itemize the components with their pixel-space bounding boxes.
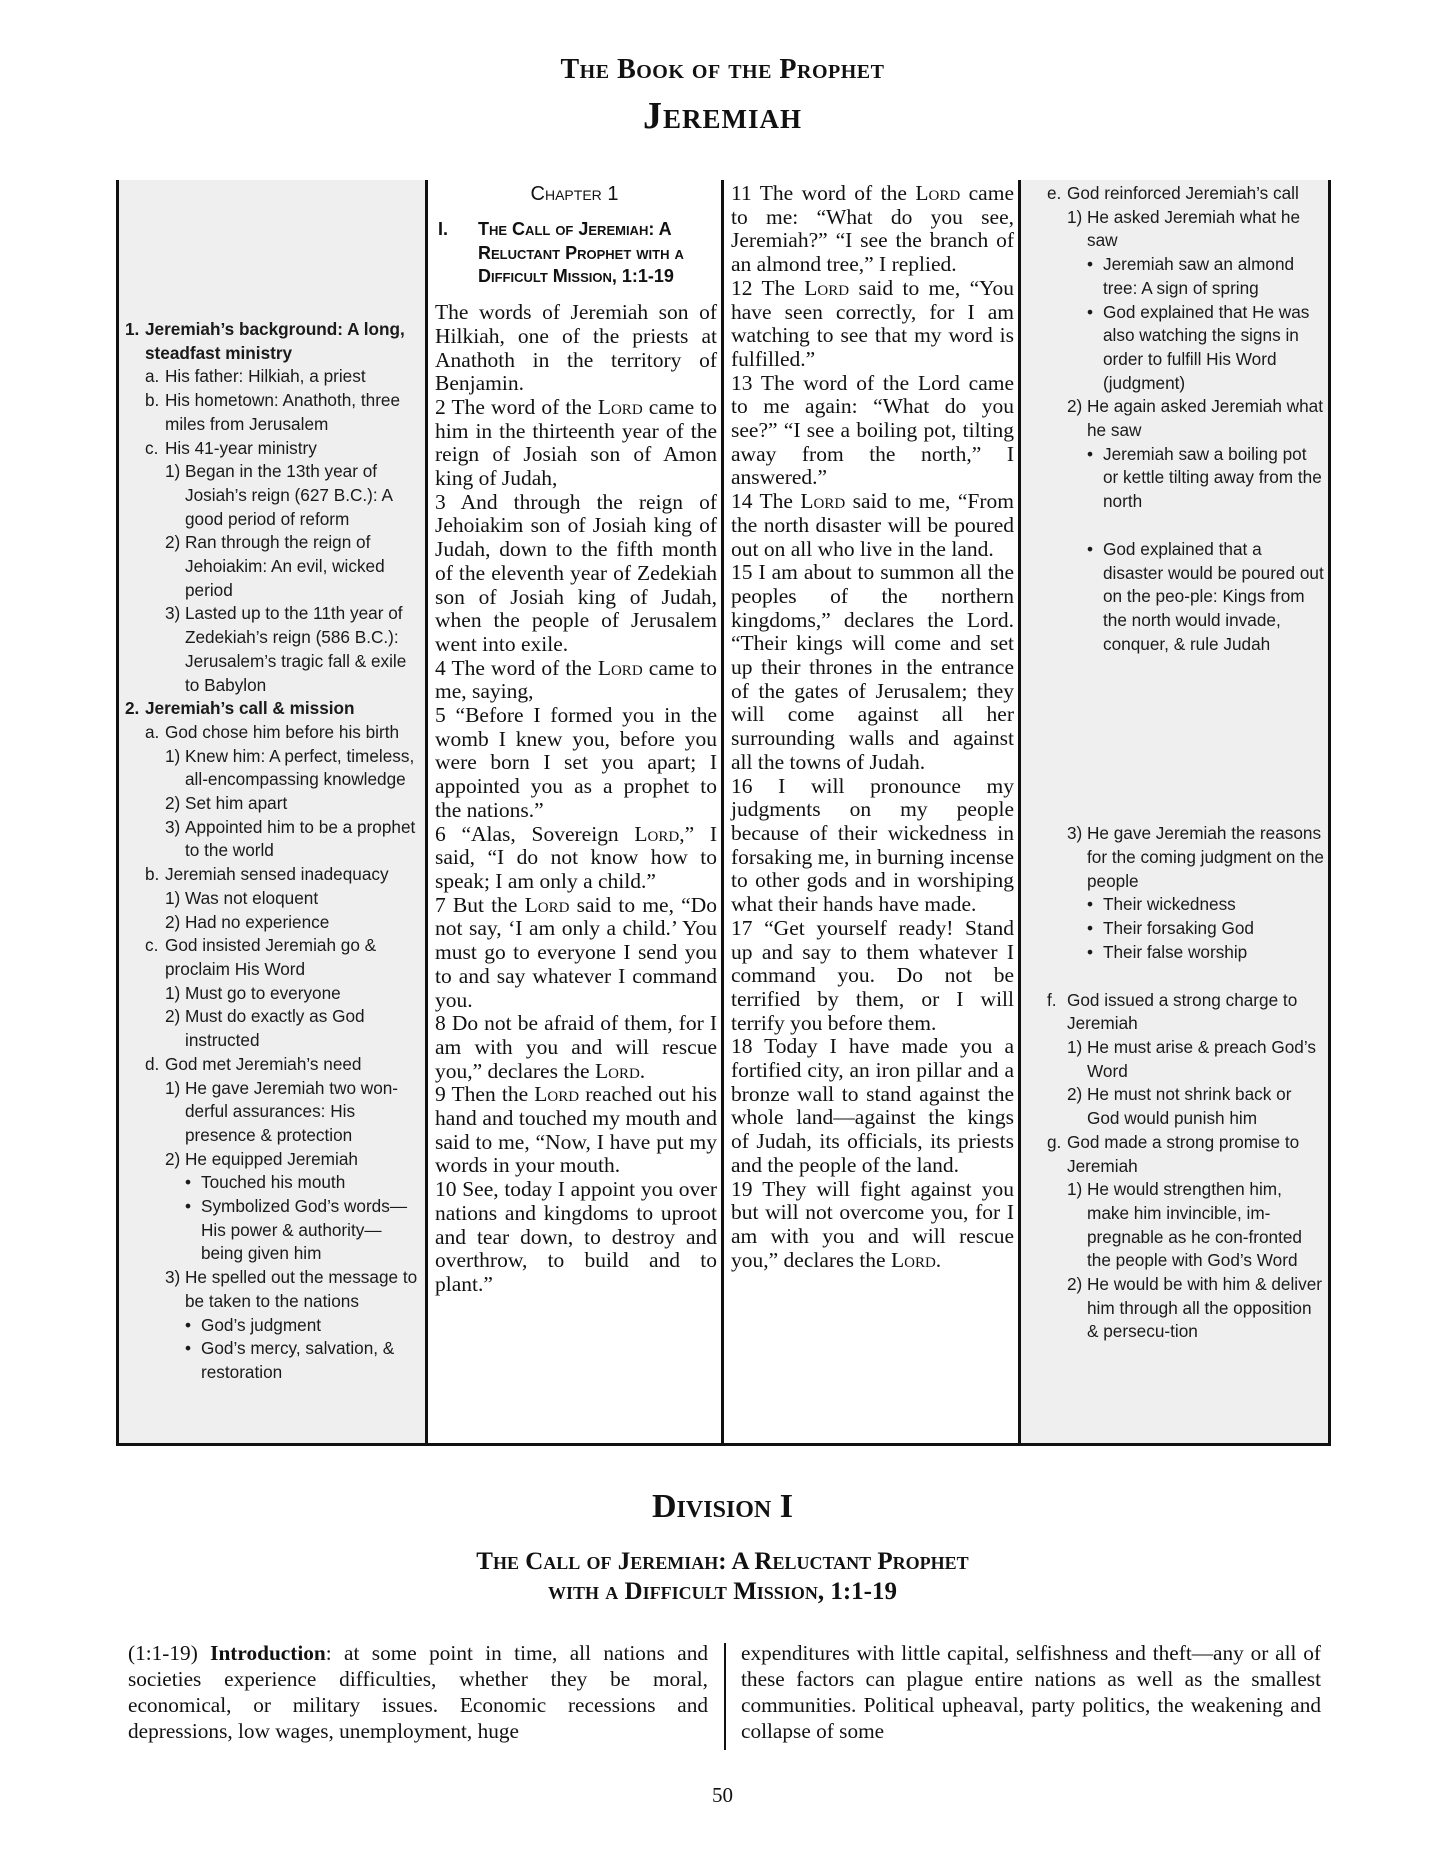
outline-marker: d. xyxy=(145,1053,159,1077)
outline-text: God reinforced Jeremiah’s call xyxy=(1067,183,1299,203)
bullet-icon: • xyxy=(1087,893,1093,917)
introduction-left: (1:1-19) Introduction: at some point in … xyxy=(128,1640,708,1744)
outline-marker: 1) xyxy=(165,1077,180,1101)
outline-text: He gave Jeremiah the reasons for the com… xyxy=(1087,823,1324,890)
outline-text: God issued a strong charge to Jeremiah xyxy=(1067,990,1297,1034)
outline-item: g.God made a strong promise to Jeremiah xyxy=(1021,1131,1328,1178)
outline-text: Began in the 13th year of Josiah’s reign… xyxy=(185,461,392,528)
outline-marker: 2) xyxy=(1067,1273,1082,1297)
outline-marker: 1) xyxy=(165,745,180,769)
introduction-label: Introduction xyxy=(210,1641,326,1665)
outline-item: d.God met Jeremiah’s need xyxy=(119,1053,425,1077)
outline-text: He gave Jeremiah two won-derful assuranc… xyxy=(185,1078,398,1145)
scripture-column-2: 11 The word of the Lord came to me: “Wha… xyxy=(724,180,1021,1443)
outline-marker: 2) xyxy=(165,1005,180,1029)
outline-text: Their wickedness xyxy=(1103,894,1236,914)
outline-text: Jeremiah’s background: A long, steadfast… xyxy=(145,319,405,363)
outline-marker: 2) xyxy=(165,1148,180,1172)
left-outline-list: 1.Jeremiah’s background: A long, steadfa… xyxy=(119,318,425,1385)
outline-item: 3)He spelled out the message to be taken… xyxy=(119,1266,425,1313)
outline-item: 2)Set him apart xyxy=(119,792,425,816)
bullet-icon: • xyxy=(1087,917,1093,941)
outline-marker: c. xyxy=(145,934,158,958)
outline-item: 2)He equipped Jeremiah xyxy=(119,1148,425,1172)
right-outline-list: e.God reinforced Jeremiah’s call1)He ask… xyxy=(1021,182,1328,1344)
outline-item: a.God chose him before his birth xyxy=(119,721,425,745)
outline-item: 3)Lasted up to the 11th year of Zedekiah… xyxy=(119,602,425,697)
outline-item: b.Jeremiah sensed inadequacy xyxy=(119,863,425,887)
outline-text: Was not eloquent xyxy=(185,888,318,908)
outline-item: •Their false worship xyxy=(1021,941,1328,965)
book-title: The Book of the Prophet xyxy=(0,54,1445,86)
outline-item: 1)He gave Jeremiah two won-derful assura… xyxy=(119,1077,425,1148)
outline-item: a.His father: Hilkiah, a priest xyxy=(119,365,425,389)
outline-text: He would be with him & deliver him throu… xyxy=(1087,1274,1322,1341)
outline-marker: 2) xyxy=(165,792,180,816)
outline-item: c.His 41-year ministry xyxy=(119,437,425,461)
outline-item: •Their forsaking God xyxy=(1021,917,1328,941)
outline-text: Symbolized God’s words—His power & autho… xyxy=(201,1196,407,1263)
outline-item: 2)Ran through the reign of Jehoiakim: An… xyxy=(119,531,425,602)
outline-item: •God’s mercy, salvation, & restoration xyxy=(119,1337,425,1384)
outline-marker: e. xyxy=(1047,182,1061,206)
outline-marker: 2) xyxy=(165,911,180,935)
outline-item: 2)He again asked Jeremiah what he saw xyxy=(1021,395,1328,442)
scripture-verse: 13 The word of the Lord came to me again… xyxy=(731,372,1014,491)
outline-text: Must go to everyone xyxy=(185,983,341,1003)
outline-item: 3)He gave Jeremiah the reasons for the c… xyxy=(1021,822,1328,893)
scripture-verse: 11 The word of the Lord came to me: “Wha… xyxy=(731,182,1014,277)
outline-text: His 41-year ministry xyxy=(165,438,317,458)
outline-item: •Jeremiah saw a boiling pot or kettle ti… xyxy=(1021,443,1328,514)
commentary-table: 1.Jeremiah’s background: A long, steadfa… xyxy=(116,180,1331,1446)
outline-marker: 1) xyxy=(1067,1036,1082,1060)
scripture-verse: 14 The Lord said to me, “From the north … xyxy=(731,490,1014,561)
outline-item: e.God reinforced Jeremiah’s call xyxy=(1021,182,1328,206)
outline-text: Jeremiah saw a boiling pot or kettle til… xyxy=(1103,444,1322,511)
outline-text: Had no experience xyxy=(185,912,329,932)
outline-text: He asked Jeremiah what he saw xyxy=(1087,207,1300,251)
outline-text: Set him apart xyxy=(185,793,287,813)
outline-item: 1)Began in the 13th year of Josiah’s rei… xyxy=(119,460,425,531)
outline-text: He spelled out the message to be taken t… xyxy=(185,1267,417,1311)
outline-marker: 1) xyxy=(165,460,180,484)
left-outline-column: 1.Jeremiah’s background: A long, steadfa… xyxy=(119,180,428,1443)
outline-text: God’s judgment xyxy=(201,1315,321,1335)
outline-marker: 3) xyxy=(165,1266,180,1290)
division-subtitle: The Call of Jeremiah: A Reluctant Prophe… xyxy=(0,1547,1445,1607)
scripture-verse: 17 “Get yourself ready! Stand up and say… xyxy=(731,917,1014,1036)
outline-marker: 1) xyxy=(1067,206,1082,230)
outline-text: God insisted Jeremiah go & proclaim His … xyxy=(165,935,376,979)
bullet-icon: • xyxy=(1087,538,1093,562)
outline-text: Appointed him to be a prophet to the wor… xyxy=(185,817,415,861)
right-outline-column: e.God reinforced Jeremiah’s call1)He ask… xyxy=(1021,180,1328,1443)
outline-text: God chose him before his birth xyxy=(165,722,399,742)
outline-text: Knew him: A perfect, timeless, all-encom… xyxy=(185,746,414,790)
outline-item: •God’s judgment xyxy=(119,1314,425,1338)
scripture-verse: 15 I am about to summon all the peoples … xyxy=(731,561,1014,774)
scripture-verse: 4 The word of the Lord came to me, sayin… xyxy=(435,657,717,704)
outline-item: 2.Jeremiah’s call & mission xyxy=(119,697,425,721)
outline-text: His father: Hilkiah, a priest xyxy=(165,366,366,386)
outline-marker: c. xyxy=(145,437,158,461)
page-number: 50 xyxy=(0,1783,1445,1808)
outline-marker: g. xyxy=(1047,1131,1061,1155)
bullet-icon: • xyxy=(185,1337,191,1361)
scripture-verse: 12 The Lord said to me, “You have seen c… xyxy=(731,277,1014,372)
bullet-icon: • xyxy=(1087,443,1093,467)
outline-item: 1.Jeremiah’s background: A long, steadfa… xyxy=(119,318,425,365)
outline-text: He again asked Jeremiah what he saw xyxy=(1087,396,1323,440)
outline-text: Their false worship xyxy=(1103,942,1247,962)
scripture-verse: The words of Jeremiah son of Hilkiah, on… xyxy=(435,301,717,396)
outline-item: •Their wickedness xyxy=(1021,893,1328,917)
division-subtitle-line-2: with a Difficult Mission, 1:1-19 xyxy=(0,1577,1445,1607)
outline-text: God’s mercy, salvation, & restoration xyxy=(201,1338,394,1382)
outline-item: •God explained that He was also watching… xyxy=(1021,301,1328,396)
outline-text: God made a strong promise to Jeremiah xyxy=(1067,1132,1299,1176)
outline-text: He would strengthen him, make him invinc… xyxy=(1087,1179,1302,1270)
outline-item: 2)Must do exactly as God instructed xyxy=(119,1005,425,1052)
scripture-column-1: Chapter 1 I. The Call of Jeremiah: A Rel… xyxy=(428,180,724,1443)
outline-item: 2)He would be with him & deliver him thr… xyxy=(1021,1273,1328,1344)
scripture-verse: 5 “Before I formed you in the womb I kne… xyxy=(435,704,717,823)
outline-text: God explained that He was also watching … xyxy=(1103,302,1309,393)
outline-marker: 3) xyxy=(165,816,180,840)
scripture-verse: 2 The word of the Lord came to him in th… xyxy=(435,396,717,491)
outline-text: He must not shrink back or God would pun… xyxy=(1087,1084,1291,1128)
column-divider xyxy=(724,1643,726,1750)
scripture-verse: 18 Today I have made you a fortified cit… xyxy=(731,1035,1014,1177)
outline-text: God met Jeremiah’s need xyxy=(165,1054,362,1074)
outline-item: f.God issued a strong charge to Jeremiah xyxy=(1021,989,1328,1036)
outline-item: 1)He would strengthen him, make him invi… xyxy=(1021,1178,1328,1273)
introduction-right: expenditures with little capital, selfis… xyxy=(741,1640,1321,1744)
scripture-verse: 10 See, today I appoint you over nations… xyxy=(435,1178,717,1297)
bullet-icon: • xyxy=(185,1195,191,1219)
outline-marker: 3) xyxy=(165,602,180,626)
outline-item: 1)Must go to everyone xyxy=(119,982,425,1006)
outline-item: 1)Knew him: A perfect, timeless, all-enc… xyxy=(119,745,425,792)
outline-text: Jeremiah sensed inadequacy xyxy=(165,864,389,884)
outline-item: 1)Was not eloquent xyxy=(119,887,425,911)
outline-item: 1)He asked Jeremiah what he saw xyxy=(1021,206,1328,253)
outline-text: He must arise & preach God’s Word xyxy=(1087,1037,1316,1081)
outline-marker: a. xyxy=(145,365,159,389)
outline-marker: a. xyxy=(145,721,159,745)
outline-text: His hometown: Anathoth, three miles from… xyxy=(165,390,400,434)
introduction-ref: (1:1-19) xyxy=(128,1641,198,1665)
outline-text: Lasted up to the 11th year of Zedekiah’s… xyxy=(185,603,406,694)
bullet-icon: • xyxy=(1087,301,1093,325)
section-number: I. xyxy=(438,218,448,242)
book-name: Jeremiah xyxy=(0,94,1445,138)
outline-item: •Touched his mouth xyxy=(119,1171,425,1195)
outline-marker: 2) xyxy=(1067,395,1082,419)
section-title: The Call of Jeremiah: A Reluctant Prophe… xyxy=(478,218,721,289)
division-title: Division I xyxy=(0,1488,1445,1526)
outline-item: •Symbolized God’s words—His power & auth… xyxy=(119,1195,425,1266)
outline-text: Ran through the reign of Jehoiakim: An e… xyxy=(185,532,385,599)
outline-item: 3)Appointed him to be a prophet to the w… xyxy=(119,816,425,863)
scripture-verse: 19 They will fight against you but will … xyxy=(731,1178,1014,1273)
outline-text: Their forsaking God xyxy=(1103,918,1254,938)
outline-marker: 1) xyxy=(1067,1178,1082,1202)
outline-marker: 1. xyxy=(125,318,139,342)
bullet-icon: • xyxy=(1087,941,1093,965)
scripture-verse: 6 “Alas, Sovereign Lord,” I said, “I do … xyxy=(435,823,717,894)
scripture-verse: 7 But the Lord said to me, “Do not say, … xyxy=(435,894,717,1013)
outline-item: 2)Had no experience xyxy=(119,911,425,935)
division-subtitle-line-1: The Call of Jeremiah: A Reluctant Prophe… xyxy=(0,1547,1445,1577)
scripture-text-1: The words of Jeremiah son of Hilkiah, on… xyxy=(428,301,721,1297)
outline-text: Jeremiah’s call & mission xyxy=(145,698,355,718)
scripture-text-2: 11 The word of the Lord came to me: “Wha… xyxy=(724,182,1018,1272)
introduction-right-text: expenditures with little capital, selfis… xyxy=(741,1641,1321,1743)
outline-item: 2)He must not shrink back or God would p… xyxy=(1021,1083,1328,1130)
scripture-verse: 16 I will pronounce my judgments on my p… xyxy=(731,775,1014,917)
bullet-icon: • xyxy=(185,1314,191,1338)
outline-text: Must do exactly as God instructed xyxy=(185,1006,365,1050)
outline-marker: 2) xyxy=(165,531,180,555)
outline-item: •God explained that a disaster would be … xyxy=(1021,538,1328,657)
scripture-verse: 3 And through the reign of Jehoiakim son… xyxy=(435,491,717,657)
outline-text: He equipped Jeremiah xyxy=(185,1149,358,1169)
bullet-icon: • xyxy=(185,1171,191,1195)
outline-marker: 1) xyxy=(165,982,180,1006)
outline-marker: f. xyxy=(1047,989,1057,1013)
outline-item: 1)He must arise & preach God’s Word xyxy=(1021,1036,1328,1083)
outline-item: b.His hometown: Anathoth, three miles fr… xyxy=(119,389,425,436)
section-heading: I. The Call of Jeremiah: A Reluctant Pro… xyxy=(428,218,721,289)
outline-marker: 3) xyxy=(1067,822,1082,846)
outline-marker: 2) xyxy=(1067,1083,1082,1107)
outline-marker: b. xyxy=(145,389,159,413)
outline-item: •Jeremiah saw an almond tree: A sign of … xyxy=(1021,253,1328,300)
outline-marker: b. xyxy=(145,863,159,887)
outline-text: Jeremiah saw an almond tree: A sign of s… xyxy=(1103,254,1294,298)
outline-marker: 2. xyxy=(125,697,139,721)
bullet-icon: • xyxy=(1087,253,1093,277)
scripture-verse: 9 Then the Lord reached out his hand and… xyxy=(435,1083,717,1178)
outline-text: God explained that a disaster would be p… xyxy=(1103,539,1324,654)
scripture-verse: 8 Do not be afraid of them, for I am wit… xyxy=(435,1012,717,1083)
chapter-heading: Chapter 1 xyxy=(428,183,721,206)
outline-marker: 1) xyxy=(165,887,180,911)
outline-item: c.God insisted Jeremiah go & proclaim Hi… xyxy=(119,934,425,981)
outline-text: Touched his mouth xyxy=(201,1172,345,1192)
